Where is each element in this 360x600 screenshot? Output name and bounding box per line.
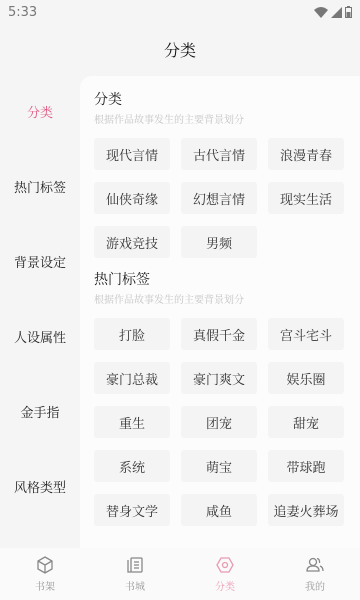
tag-button[interactable]: 打脸 — [94, 318, 170, 350]
tag-button[interactable]: 系统 — [94, 450, 170, 482]
tab-bookshelf[interactable]: 书架 — [0, 548, 90, 600]
tag-button[interactable]: 宫斗宅斗 — [268, 318, 344, 350]
content-panel: 分类 根据作品故事发生的主要背景划分 现代言情 古代言情 浪漫青春 仙侠奇缘 幻… — [80, 76, 360, 548]
section-subtitle: 根据作品故事发生的主要背景划分 — [94, 294, 346, 308]
status-icons — [314, 6, 352, 18]
tag-button[interactable]: 追妻火葬场 — [268, 494, 344, 526]
status-time: 5:33 — [8, 5, 37, 20]
bottom-tab-bar: 书架 书城 分类 我的 — [0, 548, 360, 600]
tag-button[interactable]: 真假千金 — [181, 318, 257, 350]
book-list-icon — [125, 555, 145, 575]
sidebar-item-hot-tags[interactable]: 热门标签 — [0, 149, 80, 224]
tab-label: 书架 — [35, 578, 55, 593]
page-title: 分类 — [164, 38, 196, 61]
tag-button[interactable]: 替身文学 — [94, 494, 170, 526]
tag-button[interactable]: 现实生活 — [268, 182, 344, 214]
tag-grid: 打脸 真假千金 宫斗宅斗 豪门总裁 豪门爽文 娱乐圈 重生 团宠 甜宠 系统 萌… — [94, 318, 346, 526]
sidebar-item-category[interactable]: 分类 — [0, 74, 80, 149]
tag-button[interactable]: 娱乐圈 — [268, 362, 344, 394]
sidebar-item-golden-finger[interactable]: 金手指 — [0, 374, 80, 449]
status-bar: 5:33 — [0, 0, 360, 24]
tab-profile[interactable]: 我的 — [270, 548, 360, 600]
tag-button[interactable]: 游戏竞技 — [94, 226, 170, 258]
signal-icon — [331, 7, 342, 18]
tab-label: 我的 — [305, 578, 325, 593]
tag-button[interactable]: 幻想言情 — [181, 182, 257, 214]
wifi-icon — [314, 7, 328, 18]
section-title: 热门标签 — [94, 270, 346, 290]
tag-button[interactable]: 萌宝 — [181, 450, 257, 482]
section-hot-tags: 热门标签 根据作品故事发生的主要背景划分 打脸 真假千金 宫斗宅斗 豪门总裁 豪… — [94, 270, 346, 526]
tag-button[interactable]: 现代言情 — [94, 138, 170, 170]
tag-grid: 现代言情 古代言情 浪漫青春 仙侠奇缘 幻想言情 现实生活 游戏竞技 男频 — [94, 138, 346, 258]
sidebar-item-background[interactable]: 背景设定 — [0, 224, 80, 299]
tag-button[interactable]: 重生 — [94, 406, 170, 438]
page-header: 分类 — [0, 24, 360, 74]
hexagon-icon — [215, 555, 235, 575]
tag-button[interactable]: 男频 — [181, 226, 257, 258]
tag-button[interactable]: 豪门总裁 — [94, 362, 170, 394]
tag-button[interactable]: 浪漫青春 — [268, 138, 344, 170]
tag-button[interactable]: 咸鱼 — [181, 494, 257, 526]
section-title: 分类 — [94, 90, 346, 110]
sidebar-item-character[interactable]: 人设属性 — [0, 299, 80, 374]
tab-label: 书城 — [125, 578, 145, 593]
tab-label: 分类 — [215, 578, 235, 593]
user-group-icon — [305, 555, 325, 575]
section-subtitle: 根据作品故事发生的主要背景划分 — [94, 114, 346, 128]
section-category: 分类 根据作品故事发生的主要背景划分 现代言情 古代言情 浪漫青春 仙侠奇缘 幻… — [94, 90, 346, 258]
tag-button[interactable]: 带球跑 — [268, 450, 344, 482]
tag-button[interactable]: 甜宠 — [268, 406, 344, 438]
battery-icon — [345, 6, 352, 18]
tag-button[interactable]: 古代言情 — [181, 138, 257, 170]
sidebar: 分类 热门标签 背景设定 人设属性 金手指 风格类型 — [0, 74, 80, 548]
tag-button[interactable]: 仙侠奇缘 — [94, 182, 170, 214]
tag-button[interactable]: 团宠 — [181, 406, 257, 438]
cube-icon — [35, 555, 55, 575]
tag-button[interactable]: 豪门爽文 — [181, 362, 257, 394]
tab-bookstore[interactable]: 书城 — [90, 548, 180, 600]
tab-category[interactable]: 分类 — [180, 548, 270, 600]
sidebar-item-style[interactable]: 风格类型 — [0, 449, 80, 524]
